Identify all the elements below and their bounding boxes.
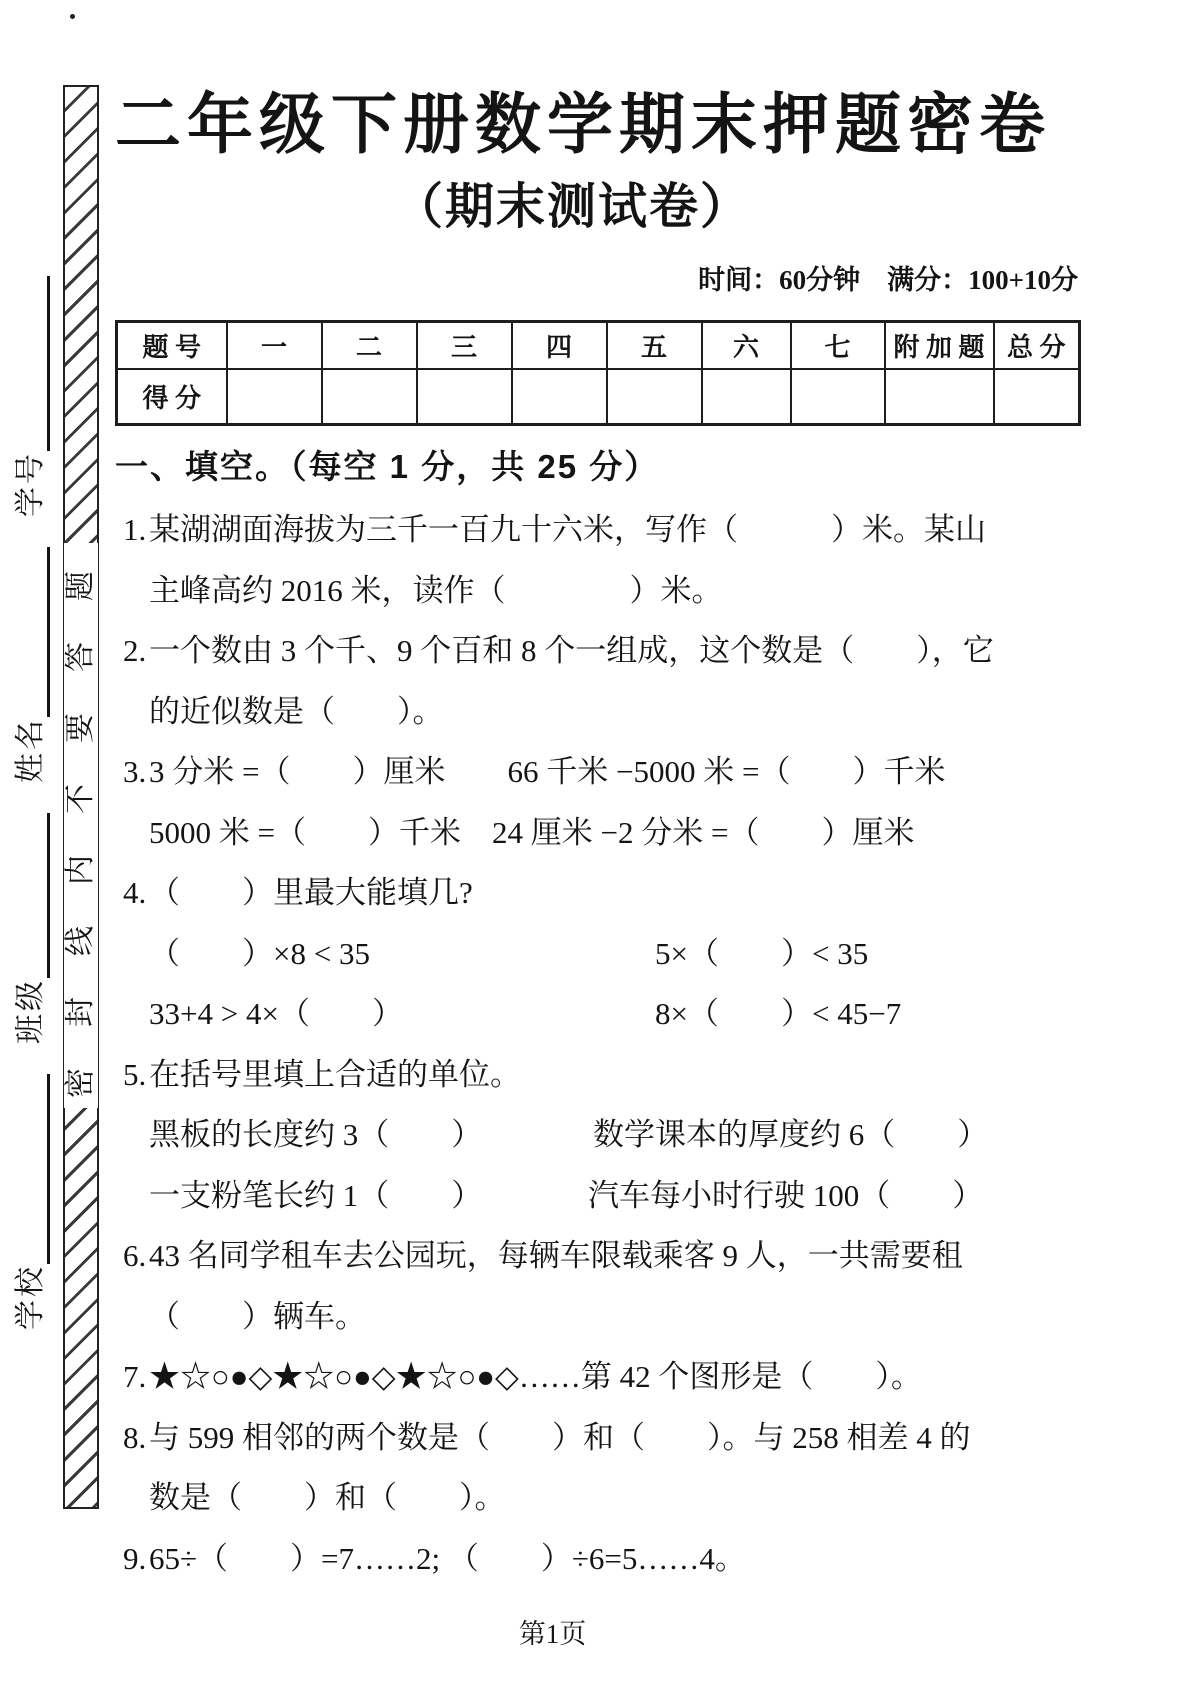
question-8-line-1: 8. 与 599 相邻的两个数是（ ）和（ ）。与 258 相差 4 的 <box>115 1408 1078 1469</box>
question-4-line-1: 4. （ ）里最大能填几? <box>115 863 1078 924</box>
section-fill-in-blanks: 一、填空。（每空 1 分，共 25 分） 1. 某湖湖面海拔为三千一百九十六米，… <box>115 443 1078 1589</box>
question-5-line-2: 黑板的长度约 3（ ） 数学课本的厚度约 6（ ） <box>115 1105 1078 1166</box>
field-student-number-blank <box>17 276 50 451</box>
field-student-number: 学号 <box>12 276 50 517</box>
field-name-label: 姓名 <box>12 717 50 783</box>
question-7-text: ★☆○●◇★☆○●◇★☆○●◇……第 42 个图形是（ ）。 <box>149 1359 922 1394</box>
question-6-line-1: 6. 43 名同学租车去公园玩，每辆车限载乘客 9 人，一共需要租 <box>115 1226 1078 1287</box>
seal-line-text: 密封线内不要答题 <box>64 543 98 1108</box>
score-table-col-1: 一 <box>227 322 322 370</box>
question-1-line-2: 主峰高约 2016 米，读作（ ）米。 <box>115 561 1078 622</box>
question-1-text: 主峰高约 2016 米，读作（ ）米。 <box>149 573 723 608</box>
question-3-line-2: 5000 米 =（ ）千米 24 厘米 −2 分米 =（ ）厘米 <box>115 803 1078 864</box>
score-table-corner-label: 题 号 <box>117 322 227 370</box>
score-table-col-6: 六 <box>702 322 791 370</box>
question-1-number: 1. <box>123 500 146 561</box>
question-4-text-left: （ ）×8 < 35 <box>149 936 370 971</box>
question-5-number: 5. <box>123 1045 146 1106</box>
question-5-text-right: 数学课本的厚度约 6（ ） <box>593 1105 988 1166</box>
question-6-text: （ ）辆车。 <box>149 1299 366 1334</box>
question-9-line-1: 9. 65÷（ ）=7……2; （ ）÷6=5……4。 <box>115 1529 1078 1590</box>
question-9-number: 9. <box>123 1529 146 1590</box>
question-8-number: 8. <box>123 1408 146 1469</box>
question-4-line-2: （ ）×8 < 35 5×（ ）< 35 <box>115 924 1078 985</box>
score-cell <box>994 369 1080 425</box>
question-4-line-3: 33+4 > 4×（ ） 8×（ ）< 45−7 <box>115 984 1078 1045</box>
field-student-number-label: 学号 <box>12 451 50 517</box>
score-cell <box>702 369 791 425</box>
question-3-text: 5000 米 =（ ）千米 24 厘米 −2 分米 =（ ）厘米 <box>149 815 914 850</box>
score-table-score-row: 得 分 <box>117 369 1080 425</box>
question-2-text: 的近似数是（ ）。 <box>149 694 444 729</box>
question-4-text-left: 33+4 > 4×（ ） <box>149 996 403 1031</box>
page-title: 二年级下册数学期末押题密卷 <box>115 78 1030 173</box>
score-row-label: 得 分 <box>117 369 227 425</box>
header: 二年级下册数学期末押题密卷 （期末测试卷） <box>115 0 1078 241</box>
question-4-text: （ ）里最大能填几? <box>149 875 473 910</box>
field-school-label: 学校 <box>12 1264 50 1330</box>
question-1-line-1: 1. 某湖湖面海拔为三千一百九十六米，写作（ ）米。某山 <box>115 500 1078 561</box>
question-5-text: 在括号里填上合适的单位。 <box>149 1057 521 1092</box>
score-table-col-3: 三 <box>417 322 512 370</box>
question-2-line-1: 2. 一个数由 3 个千、9 个百和 8 个一组成，这个数是（ ），它 <box>115 621 1078 682</box>
question-4-text-right: 5×（ ）< 35 <box>655 924 868 985</box>
question-5-line-3: 一支粉笔长约 1（ ） 汽车每小时行驶 100（ ） <box>115 1166 1078 1227</box>
field-school-blank <box>17 1074 50 1264</box>
time-score-info: 时间：60分钟 满分：100+10分 <box>115 258 1078 297</box>
score-table-col-2: 二 <box>322 322 417 370</box>
score-table-header-row: 题 号 一 二 三 四 五 六 七 附 加 题 总 分 <box>117 322 1080 370</box>
score-table-col-total: 总 分 <box>994 322 1080 370</box>
student-info-fields: 学校 班级 姓名 学号 <box>8 200 50 1500</box>
score-cell <box>322 369 417 425</box>
score-cell <box>512 369 607 425</box>
score-table-col-5: 五 <box>607 322 702 370</box>
question-8-line-2: 数是（ ）和（ ）。 <box>115 1468 1078 1529</box>
question-6-text: 43 名同学租车去公园玩，每辆车限载乘客 9 人，一共需要租 <box>149 1238 963 1273</box>
question-5-text-left: 一支粉笔长约 1（ ） <box>149 1178 482 1213</box>
score-cell <box>417 369 512 425</box>
field-class: 班级 <box>12 813 50 1044</box>
field-class-blank <box>17 813 50 978</box>
question-6-line-2: （ ）辆车。 <box>115 1287 1078 1348</box>
score-table-col-7: 七 <box>791 322 885 370</box>
score-cell <box>791 369 885 425</box>
scan-artifact-dot <box>70 14 75 19</box>
section-heading: 一、填空。（每空 1 分，共 25 分） <box>115 443 1078 500</box>
field-class-label: 班级 <box>12 978 50 1044</box>
field-school: 学校 <box>12 1074 50 1330</box>
question-3-text: 3 分米 =（ ）厘米 66 千米 −5000 米 =（ ）千米 <box>149 754 945 789</box>
score-table-col-4: 四 <box>512 322 607 370</box>
question-4-text-right: 8×（ ）< 45−7 <box>655 984 901 1045</box>
field-name-blank <box>17 547 50 717</box>
question-3-line-1: 3. 3 分米 =（ ）厘米 66 千米 −5000 米 =（ ）千米 <box>115 742 1078 803</box>
page-subtitle: （期末测试卷） <box>115 173 1030 241</box>
question-5-text-left: 黑板的长度约 3（ ） <box>149 1117 482 1152</box>
question-1-text: 某湖湖面海拔为三千一百九十六米，写作（ ）米。某山 <box>149 512 986 547</box>
score-table-col-bonus: 附 加 题 <box>885 322 994 370</box>
question-2-text: 一个数由 3 个千、9 个百和 8 个一组成，这个数是（ ），它 <box>149 633 994 668</box>
exam-paper-page: 学校 班级 姓名 学号 密封线内不要答题 二年级下册数学期末押题密卷 （期末测试… <box>0 0 1191 1684</box>
score-cell <box>607 369 702 425</box>
question-8-text: 与 599 相邻的两个数是（ ）和（ ）。与 258 相差 4 的 <box>149 1420 971 1455</box>
score-cell <box>227 369 322 425</box>
question-6-number: 6. <box>123 1226 146 1287</box>
field-name: 姓名 <box>12 547 50 783</box>
question-5-text-right: 汽车每小时行驶 100（ ） <box>588 1166 983 1227</box>
question-4-number: 4. <box>123 863 146 924</box>
question-2-number: 2. <box>123 621 146 682</box>
score-table: 题 号 一 二 三 四 五 六 七 附 加 题 总 分 得 分 <box>115 320 1081 426</box>
score-cell <box>885 369 994 425</box>
question-7-line-1: 7. ★☆○●◇★☆○●◇★☆○●◇……第 42 个图形是（ ）。 <box>115 1347 1078 1408</box>
question-7-number: 7. <box>123 1347 146 1408</box>
question-9-text: 65÷（ ）=7……2; （ ）÷6=5……4。 <box>149 1541 746 1576</box>
page-number: 第1页 <box>0 1612 1105 1651</box>
question-2-line-2: 的近似数是（ ）。 <box>115 682 1078 743</box>
question-5-line-1: 5. 在括号里填上合适的单位。 <box>115 1045 1078 1106</box>
question-8-text: 数是（ ）和（ ）。 <box>149 1480 506 1515</box>
question-3-number: 3. <box>123 742 146 803</box>
